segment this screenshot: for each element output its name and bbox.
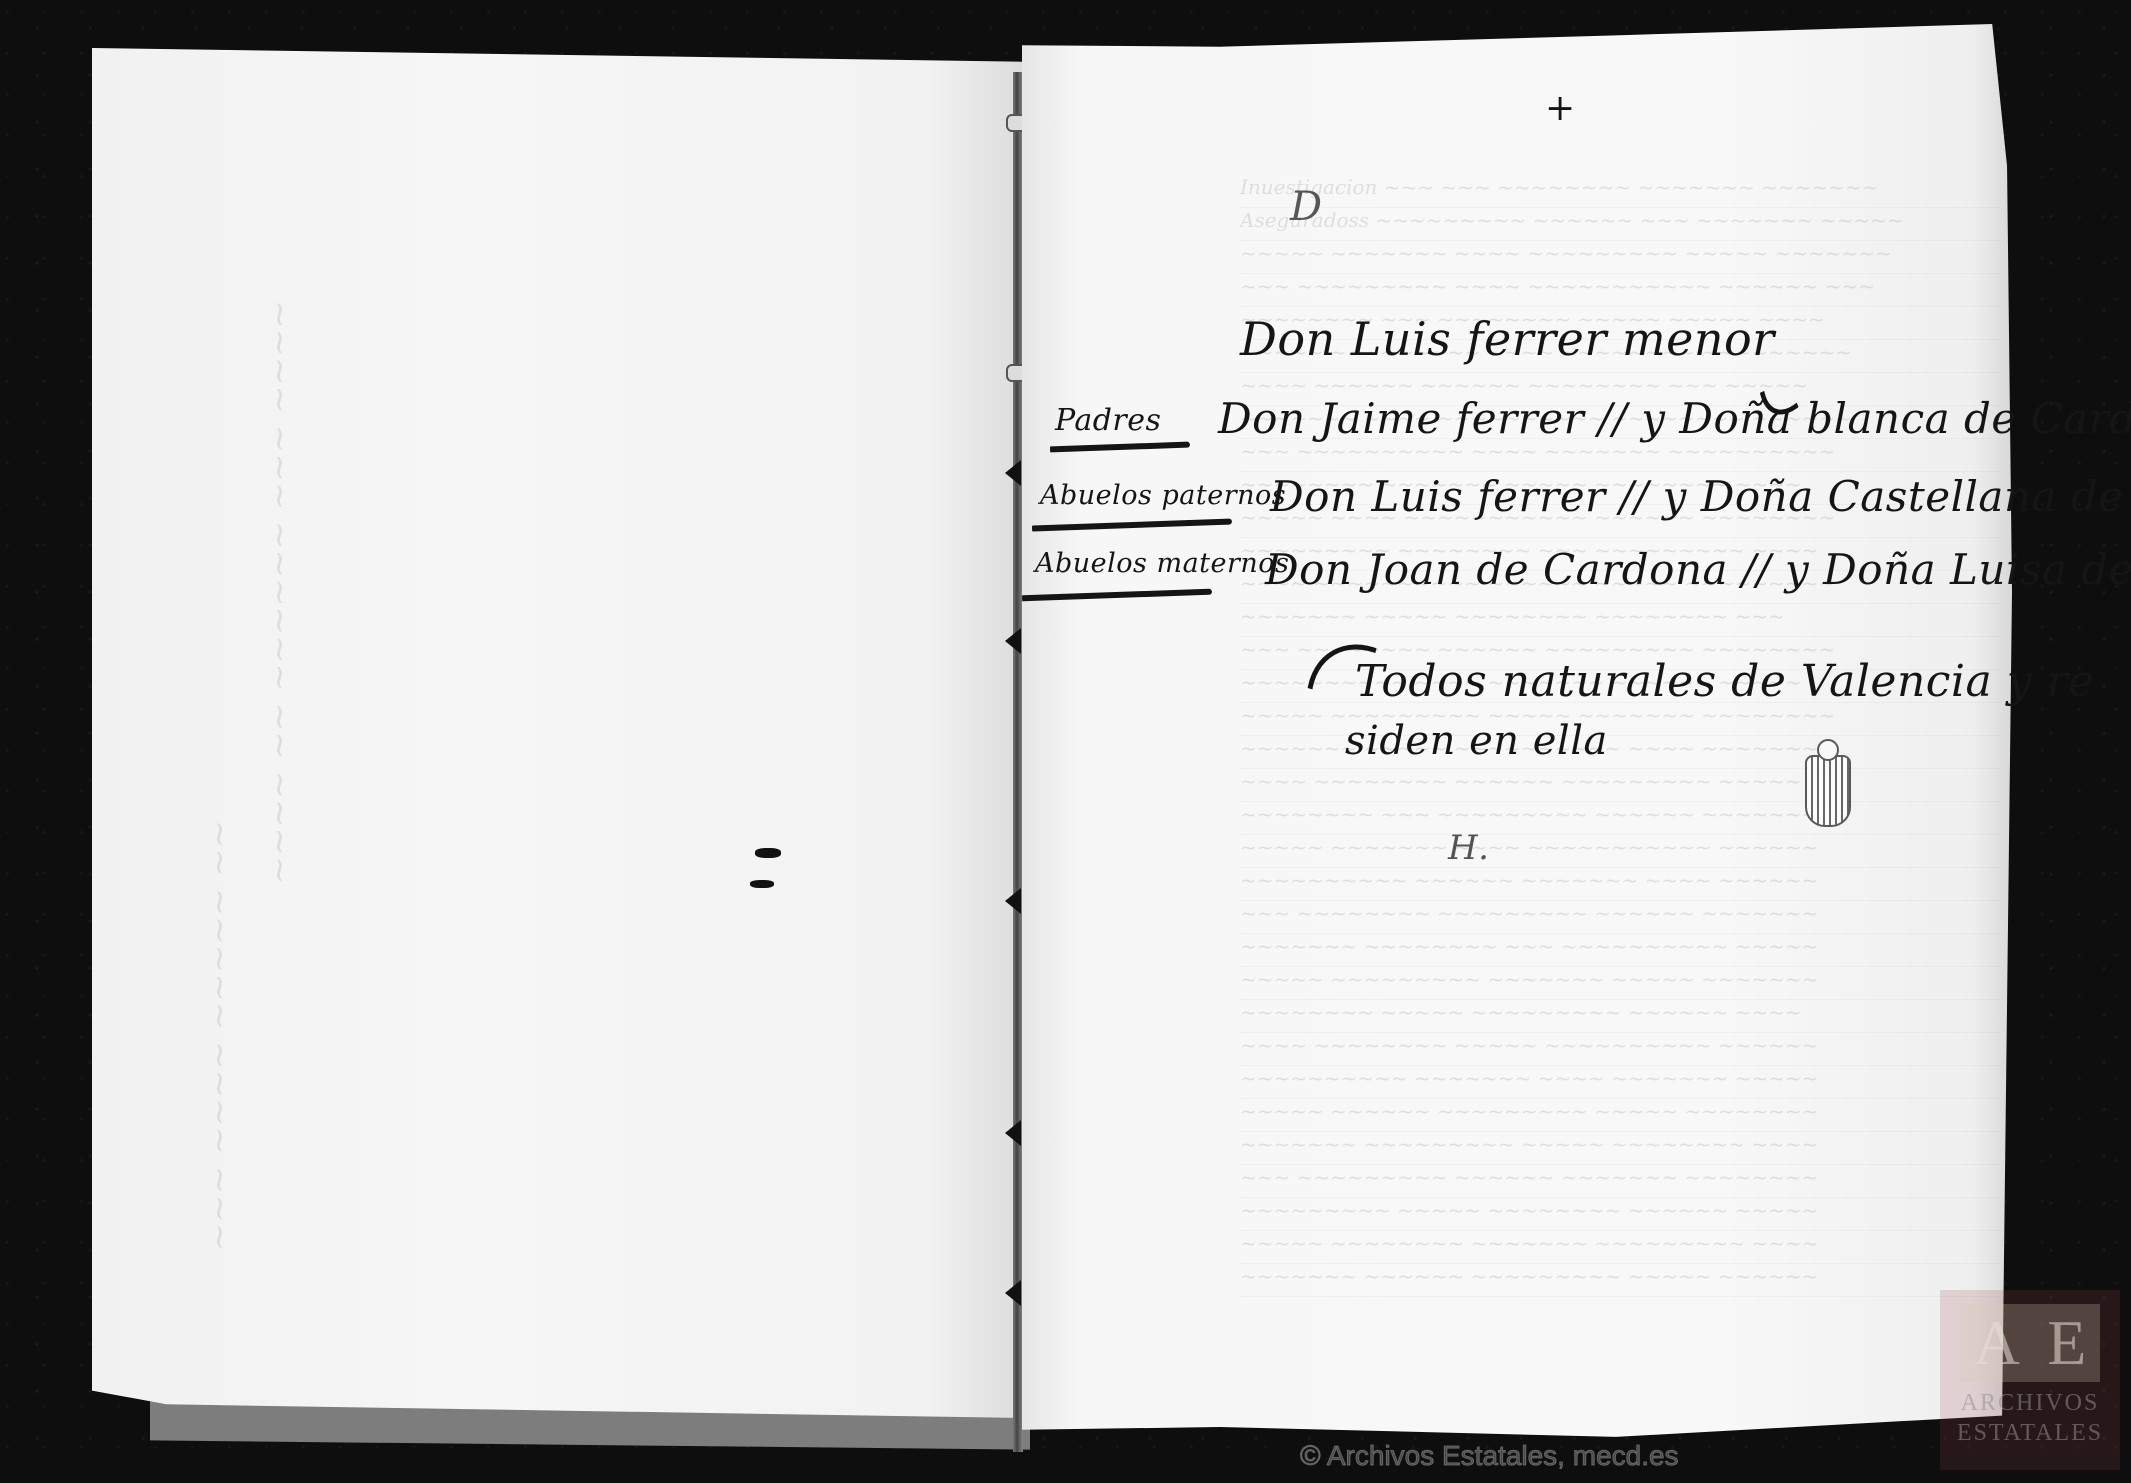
logo-letters: A E [1960,1304,2100,1382]
bleedthrough-line: ~~~ ~~~~~~~~~ ~~~~~~ ~~~~~~~ ~~~~~~~~ [1240,1165,2000,1198]
subject-name: Don Luis ferrer menor [1240,312,1775,366]
bleedthrough-line: ~~~ ~~~~~~~~~~ ~~~~ ~~~~~~~ ~~~~~~~~~~ [1240,439,2000,472]
row-entry-padres: Don Jaime ferrer // y Doña blanca de Car… [1218,394,2131,443]
logo-letter-e: E [2047,1306,2086,1380]
copyright-watermark: © Archivos Estatales, mecd.es [1300,1440,1679,1472]
logo-line-1: ARCHIVOS [1940,1390,2120,1417]
bleedthrough-line: ~~~~~~~ ~~~~~ ~~~~~~~~ ~~~~~~~~ ~~~ [1240,604,2000,637]
bleedthrough-line: ~~~~~ ~~~~~~ ~~~~~~~~~ ~~~~~ ~~~~~~~~ [1240,1099,2000,1132]
bleedthrough-line: ~~~~~~~~ ~~~ ~~~~~~~~~ ~~~~~~ ~~~~~~~ [1240,802,2000,835]
row-entry-abuelos-maternos: Don Joan de Cardona // y Doña Luisa de B… [1265,545,2131,594]
bleedthrough-line: ~~~~~~~~~ ~~~~~ ~~~~~~~~ ~~~~~~ ~~~~~ [1240,1198,2000,1231]
folio-mark: + [1545,88,1576,129]
bleedthrough-line: ~~~~~~~ ~~~~~~ ~~~~~~~~~ ~~~~~ ~~~~~~ [1240,1264,2000,1297]
binding-spine [1013,72,1023,1452]
bleedthrough-line: Aseguradoss ~~~~~~~~~ ~~~~~~ ~~~ ~~~~~~~… [1240,208,2000,241]
bleedthrough-line: ~~~~~ ~~~~~~~ ~~~~ ~~~~~~~~~~~ ~~~~~~ [1240,835,2000,868]
left-page-bleedthrough-2: ~~ ~~~~~ ~~~~ ~~~ [200,820,240,1251]
bleedthrough-line: ~~~~~~~~~~ ~~~~~~~ ~~~~ ~~~~~~~ ~~~~~ [1240,1066,2000,1099]
archivos-estatales-logo: A E ARCHIVOS ESTATALES [1940,1290,2120,1470]
bleedthrough-line: ~~~~~~~~ ~~~~~ ~~~~~~~~~ ~~~~~~ ~~~~ [1240,1000,2000,1033]
bleedthrough-line: ~~~ ~~~~~~~~~ ~~~~ ~~~~~~~~~~~ ~~~~~~ ~~… [1240,274,2000,307]
logo-letter-a: A [1974,1306,2020,1380]
bleedthrough-line: ~~~ ~~~~~~~~ ~~~~~~~~~ ~~~~~~ ~~~~~~~ [1240,901,2000,934]
bleedthrough-line: ~~~~~~~ ~~~~~~~~~ ~~~~~ ~~~~~~~~ ~~~~ [1240,1132,2000,1165]
closing-line-1: Todos naturales de Valencia y re [1355,656,2095,707]
closing-line-2: siden en ella [1345,718,1608,764]
initial-flourish: D [1290,184,1323,230]
logo-line-2: ESTATALES [1940,1420,2120,1447]
ink-spot [755,848,781,858]
row-entry-abuelos-paternos: Don Luis ferrer // y Doña Castellana de … [1270,472,2131,521]
left-page-bleedthrough-1: ~~~~ ~~~ ~~~~~~ ~~ ~~~~ [260,300,300,885]
bleedthrough-line: ~~~~~~~ ~~~~~~~~ ~~~ ~~~~~~~~~~ ~~~~~ [1240,934,2000,967]
bleedthrough-line: ~~~~~ ~~~~~~~~~ ~~~~~~~ ~~~~~ ~~~~~~~ [1240,967,2000,1000]
row-label-padres: Padres [1055,403,1161,438]
row-label-abuelos-maternos: Abuelos maternos [1035,548,1289,579]
bleedthrough-line: Inuestigacion ~~~ ~~~ ~~~~~~~~ ~~~~~~~ ~… [1240,175,2000,208]
row-label-abuelos-paternos: Abuelos paternos [1040,480,1286,511]
bleedthrough-line: ~~~~~ ~~~~~~~ ~~~~ ~~~~~~~~~ ~~~~~ ~~~~~… [1240,241,2000,274]
bleedthrough-line: ~~~~~ ~~~~~~~~ ~~~~~~~ ~~~~~~~~~ ~~~~ [1240,1231,2000,1264]
coat-of-arms-stamp [1805,755,1851,827]
marginal-mark: H. [1448,828,1489,868]
bleedthrough-line: ~~~~~~~~~~ ~~~~~~ ~~~~~~~ ~~~~ ~~~~~~ [1240,868,2000,901]
bleedthrough-line: ~~~~ ~~~~~~~~ ~~~~~ ~~~~~~~~~~ ~~~~~~ [1240,1033,2000,1066]
ink-spot [750,880,774,888]
